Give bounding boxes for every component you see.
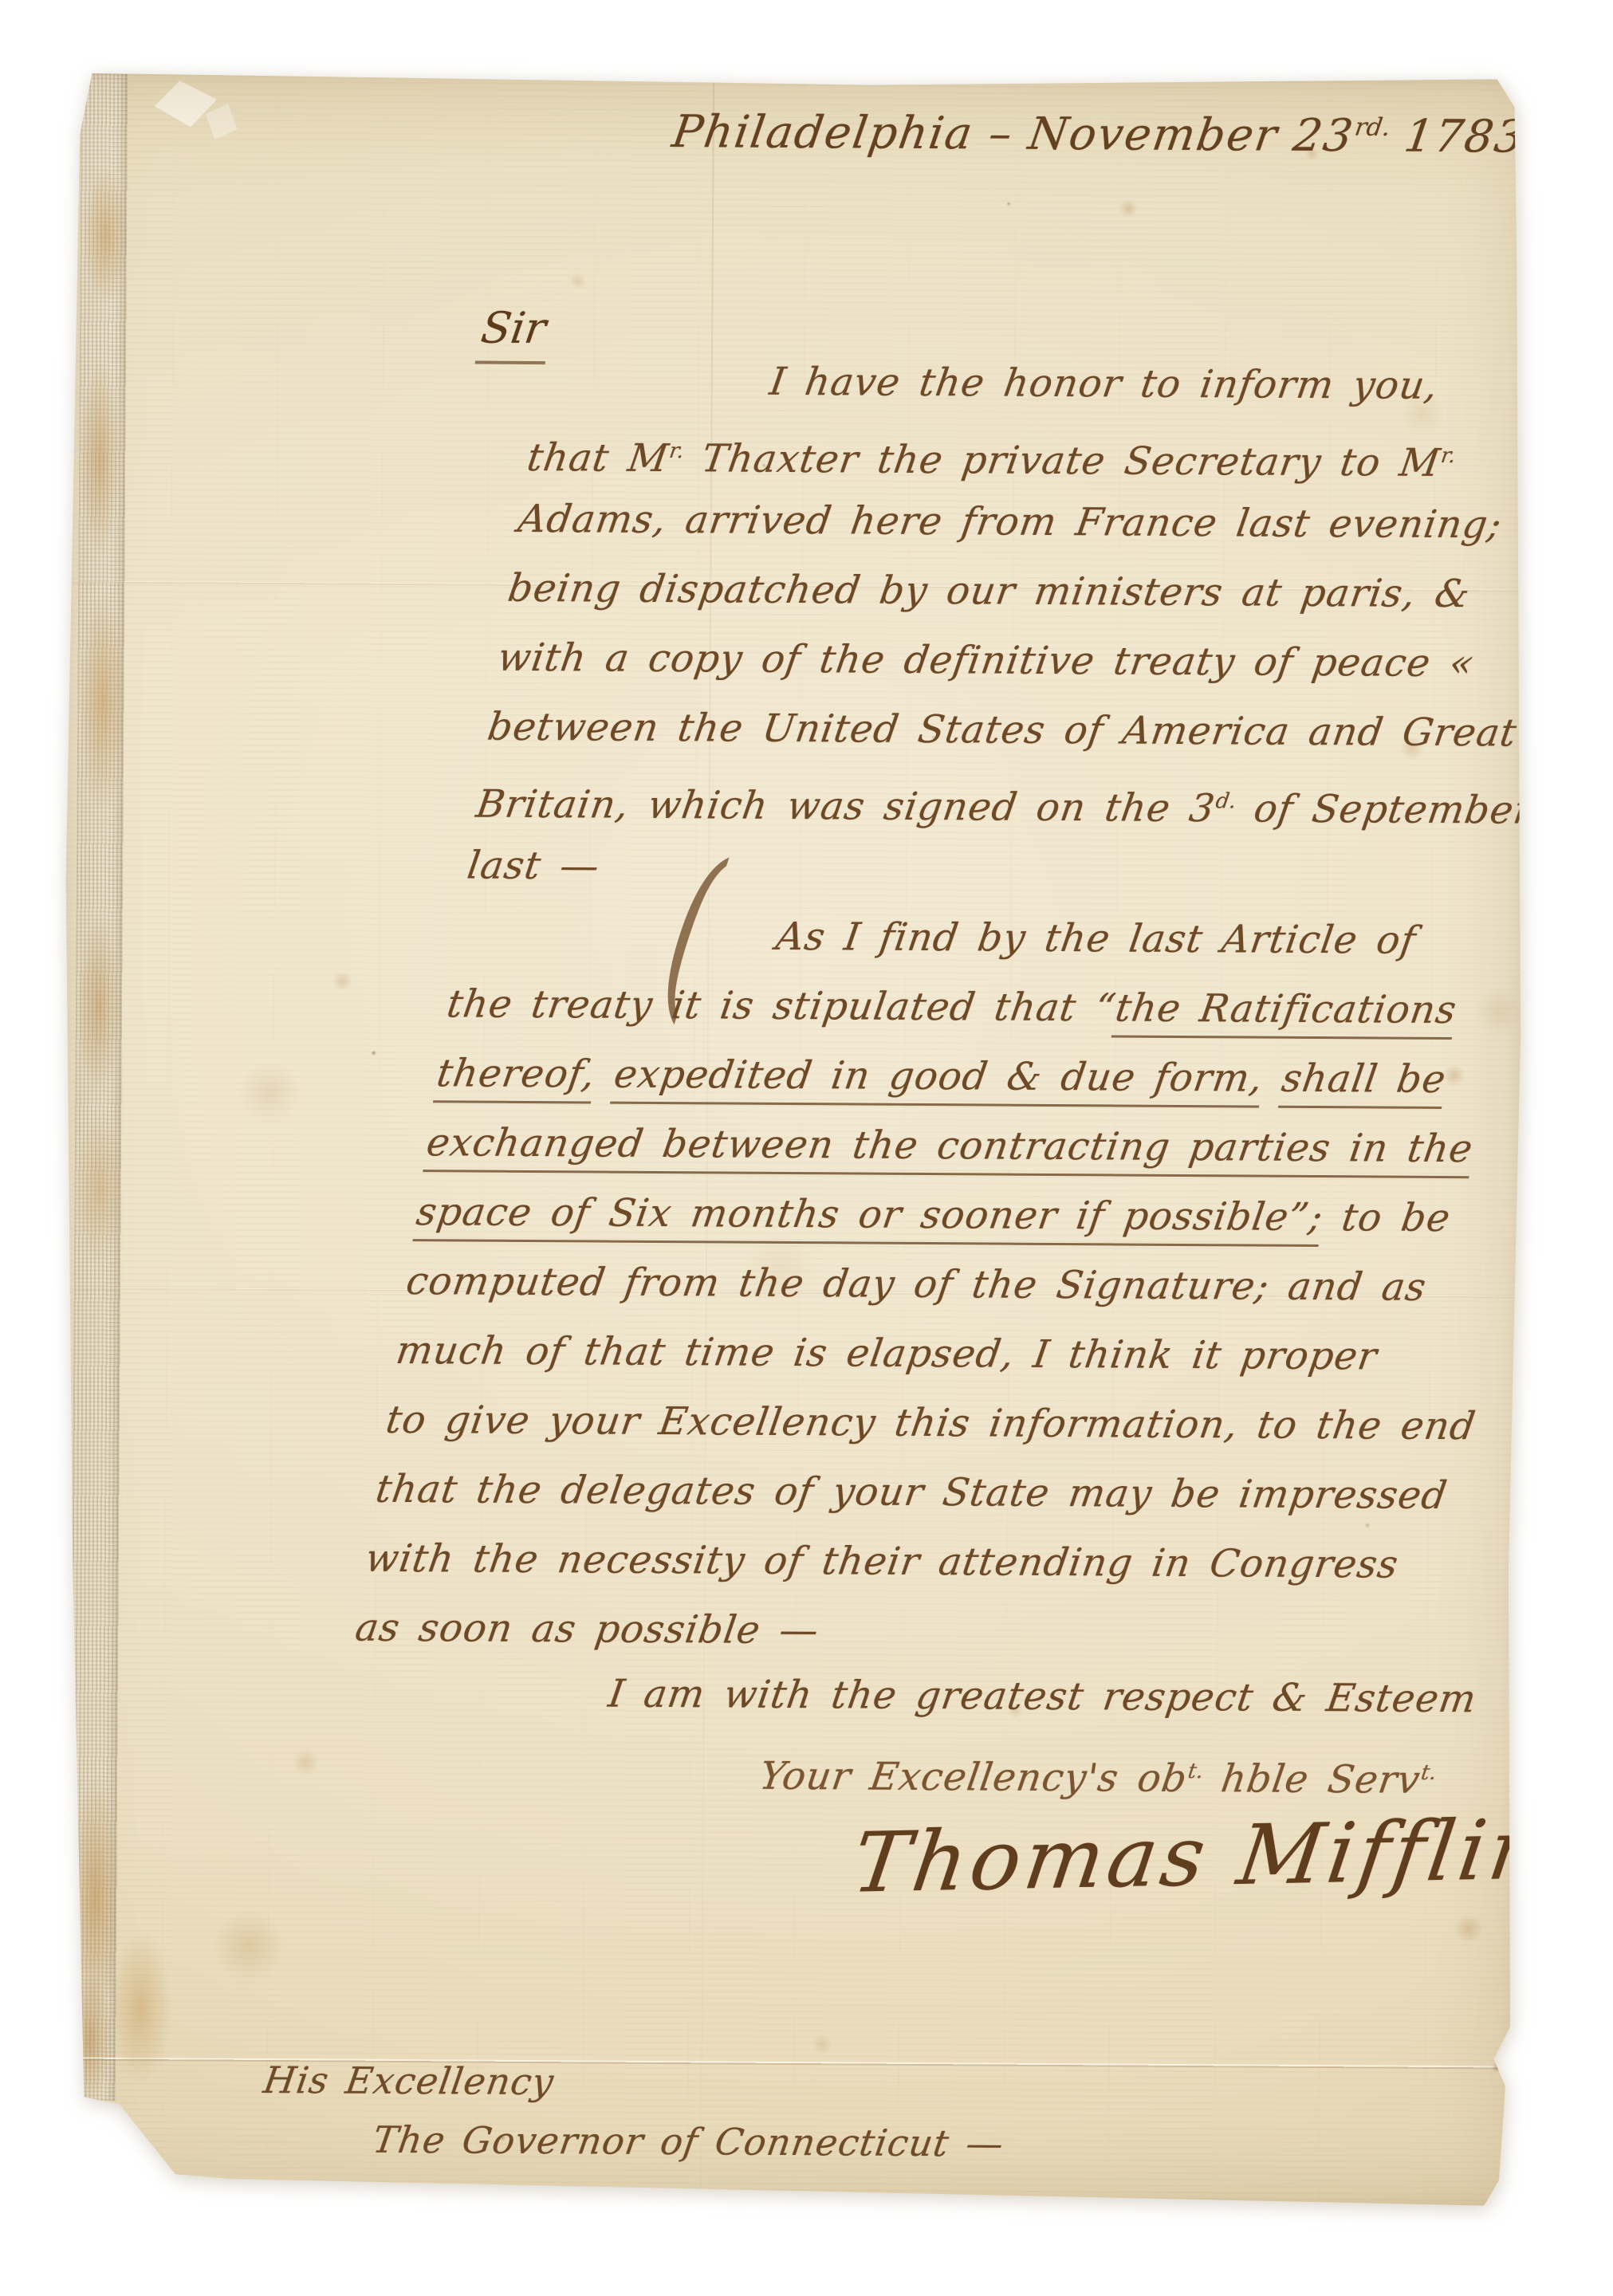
text-line: with a copy of the definitive treaty of … bbox=[493, 623, 1572, 699]
text-segment: r. bbox=[1439, 443, 1458, 468]
address-line: His Excellency bbox=[260, 2050, 1017, 2114]
address-line: The Governor of Connecticut — bbox=[369, 2110, 1009, 2173]
text-line: space of Six months or sooner if possibl… bbox=[411, 1177, 1490, 1253]
text-segment: as soon as possible — bbox=[352, 1606, 822, 1653]
text-segment: between the United States of America and… bbox=[485, 705, 1520, 756]
letter-body: I have the honor to inform you,that Mr. … bbox=[351, 346, 1612, 1669]
underlined-text: expedited in good & due form, bbox=[610, 1052, 1266, 1108]
paper-sheet: Philadelphia – November 23rd. 1783 – Sir… bbox=[56, 70, 1528, 2208]
text-segment: with a copy of the definitive treaty of … bbox=[495, 635, 1477, 686]
underlined-text: shall be bbox=[1278, 1056, 1450, 1109]
text-line: that the delegates of your State may be … bbox=[371, 1455, 1450, 1531]
signature-thomas-mifflin: Thomas Mifflin bbox=[847, 1801, 1554, 1912]
text-line: exchanged between the contracting partie… bbox=[422, 1108, 1501, 1184]
text-line: last — bbox=[462, 832, 1541, 907]
text-line: Your Excellency's obt. hble Servt. bbox=[757, 1754, 1438, 1803]
text-line: to give your Excellency this information… bbox=[381, 1386, 1460, 1461]
closing-line-servant: Your Excellency's obt. hble Servt. bbox=[757, 1754, 1438, 1803]
text-line: As I find by the last Article of bbox=[452, 900, 1531, 976]
underlined-text: exchanged between the contracting partie… bbox=[423, 1120, 1476, 1178]
text-line: thereof, expedited in good & due form, s… bbox=[432, 1039, 1511, 1115]
text-line: being dispatched by our ministers at par… bbox=[503, 554, 1582, 630]
text-segment: the treaty it is stipulated that “ bbox=[444, 981, 1119, 1030]
text-segment: t. bbox=[1419, 1760, 1438, 1785]
text-line: computed from the day of the Signature; … bbox=[402, 1247, 1481, 1323]
text-segment: Britain, which was signed on the 3 bbox=[474, 782, 1218, 832]
text-segment: that the delegates of your State may be … bbox=[373, 1467, 1450, 1518]
underlined-text: thereof, bbox=[433, 1051, 599, 1103]
underlined-text: the Ratifications bbox=[1111, 986, 1460, 1040]
text-line: as soon as possible — bbox=[351, 1594, 1430, 1669]
text-segment: Your Excellency's ob bbox=[757, 1754, 1190, 1801]
photograph-background: { "letter": { "ink_color": "#6d4926", "p… bbox=[0, 0, 1613, 2296]
underlined-text: space of Six months or sooner if possibl… bbox=[412, 1189, 1326, 1247]
closing-line-respect: I am with the greatest respect & Esteem bbox=[606, 1672, 1480, 1722]
address-block: His ExcellencyThe Governor of Connecticu… bbox=[251, 2050, 1017, 2173]
text-segment: of September bbox=[1232, 786, 1536, 832]
text-line: the treaty it is stipulated that “the Ra… bbox=[443, 969, 1521, 1045]
text-line: much of that time is elapsed, I think it… bbox=[391, 1316, 1470, 1392]
text-segment: much of that time is elapsed, I think it… bbox=[393, 1328, 1380, 1378]
text-segment: As I find by the last Article of bbox=[773, 914, 1419, 963]
text-line: Britain, which was signed on the 3d. of … bbox=[473, 762, 1552, 838]
text-segment: Philadelphia – November 23 bbox=[669, 106, 1358, 162]
paper-chip bbox=[206, 103, 238, 140]
text-segment: 1783 – bbox=[1385, 111, 1568, 163]
letter-photo: Philadelphia – November 23rd. 1783 – Sir… bbox=[0, 0, 1613, 2296]
text-segment: last — bbox=[465, 843, 603, 889]
text-line: between the United States of America and… bbox=[483, 693, 1562, 769]
dateline: Philadelphia – November 23rd. 1783 – bbox=[669, 106, 1522, 163]
text-segment: I have the honor to inform you, bbox=[767, 360, 1442, 408]
text-line: I have the honor to inform you, bbox=[533, 346, 1612, 422]
text-segment: I am with the greatest respect & Esteem bbox=[606, 1672, 1480, 1722]
text-segment: being dispatched by our ministers at par… bbox=[506, 566, 1473, 616]
paper-chip bbox=[155, 81, 217, 127]
text-segment: hble Serv bbox=[1199, 1756, 1423, 1803]
linen-binding-edge bbox=[69, 74, 128, 2101]
text-segment: computed from the day of the Signature; … bbox=[403, 1259, 1430, 1310]
text-segment: Adams, arrived here from France last eve… bbox=[515, 497, 1505, 547]
text-line: with the necessity of their attending in… bbox=[361, 1524, 1440, 1600]
text-line: I am with the greatest respect & Esteem bbox=[606, 1672, 1480, 1722]
text-segment: rd. bbox=[1353, 113, 1393, 142]
salutation: Sir bbox=[477, 303, 554, 353]
text-segment: Thaxter the private Secretary to M bbox=[679, 436, 1443, 486]
text-segment: with the necessity of their attending in… bbox=[363, 1536, 1402, 1587]
text-segment: to be bbox=[1320, 1195, 1454, 1240]
text-line: Adams, arrived here from France last eve… bbox=[513, 485, 1592, 560]
text-segment: that M bbox=[525, 435, 672, 481]
text-segment: to give your Excellency this information… bbox=[383, 1398, 1478, 1449]
text-line: that Mr. Thaxter the private Secretary t… bbox=[524, 415, 1603, 491]
